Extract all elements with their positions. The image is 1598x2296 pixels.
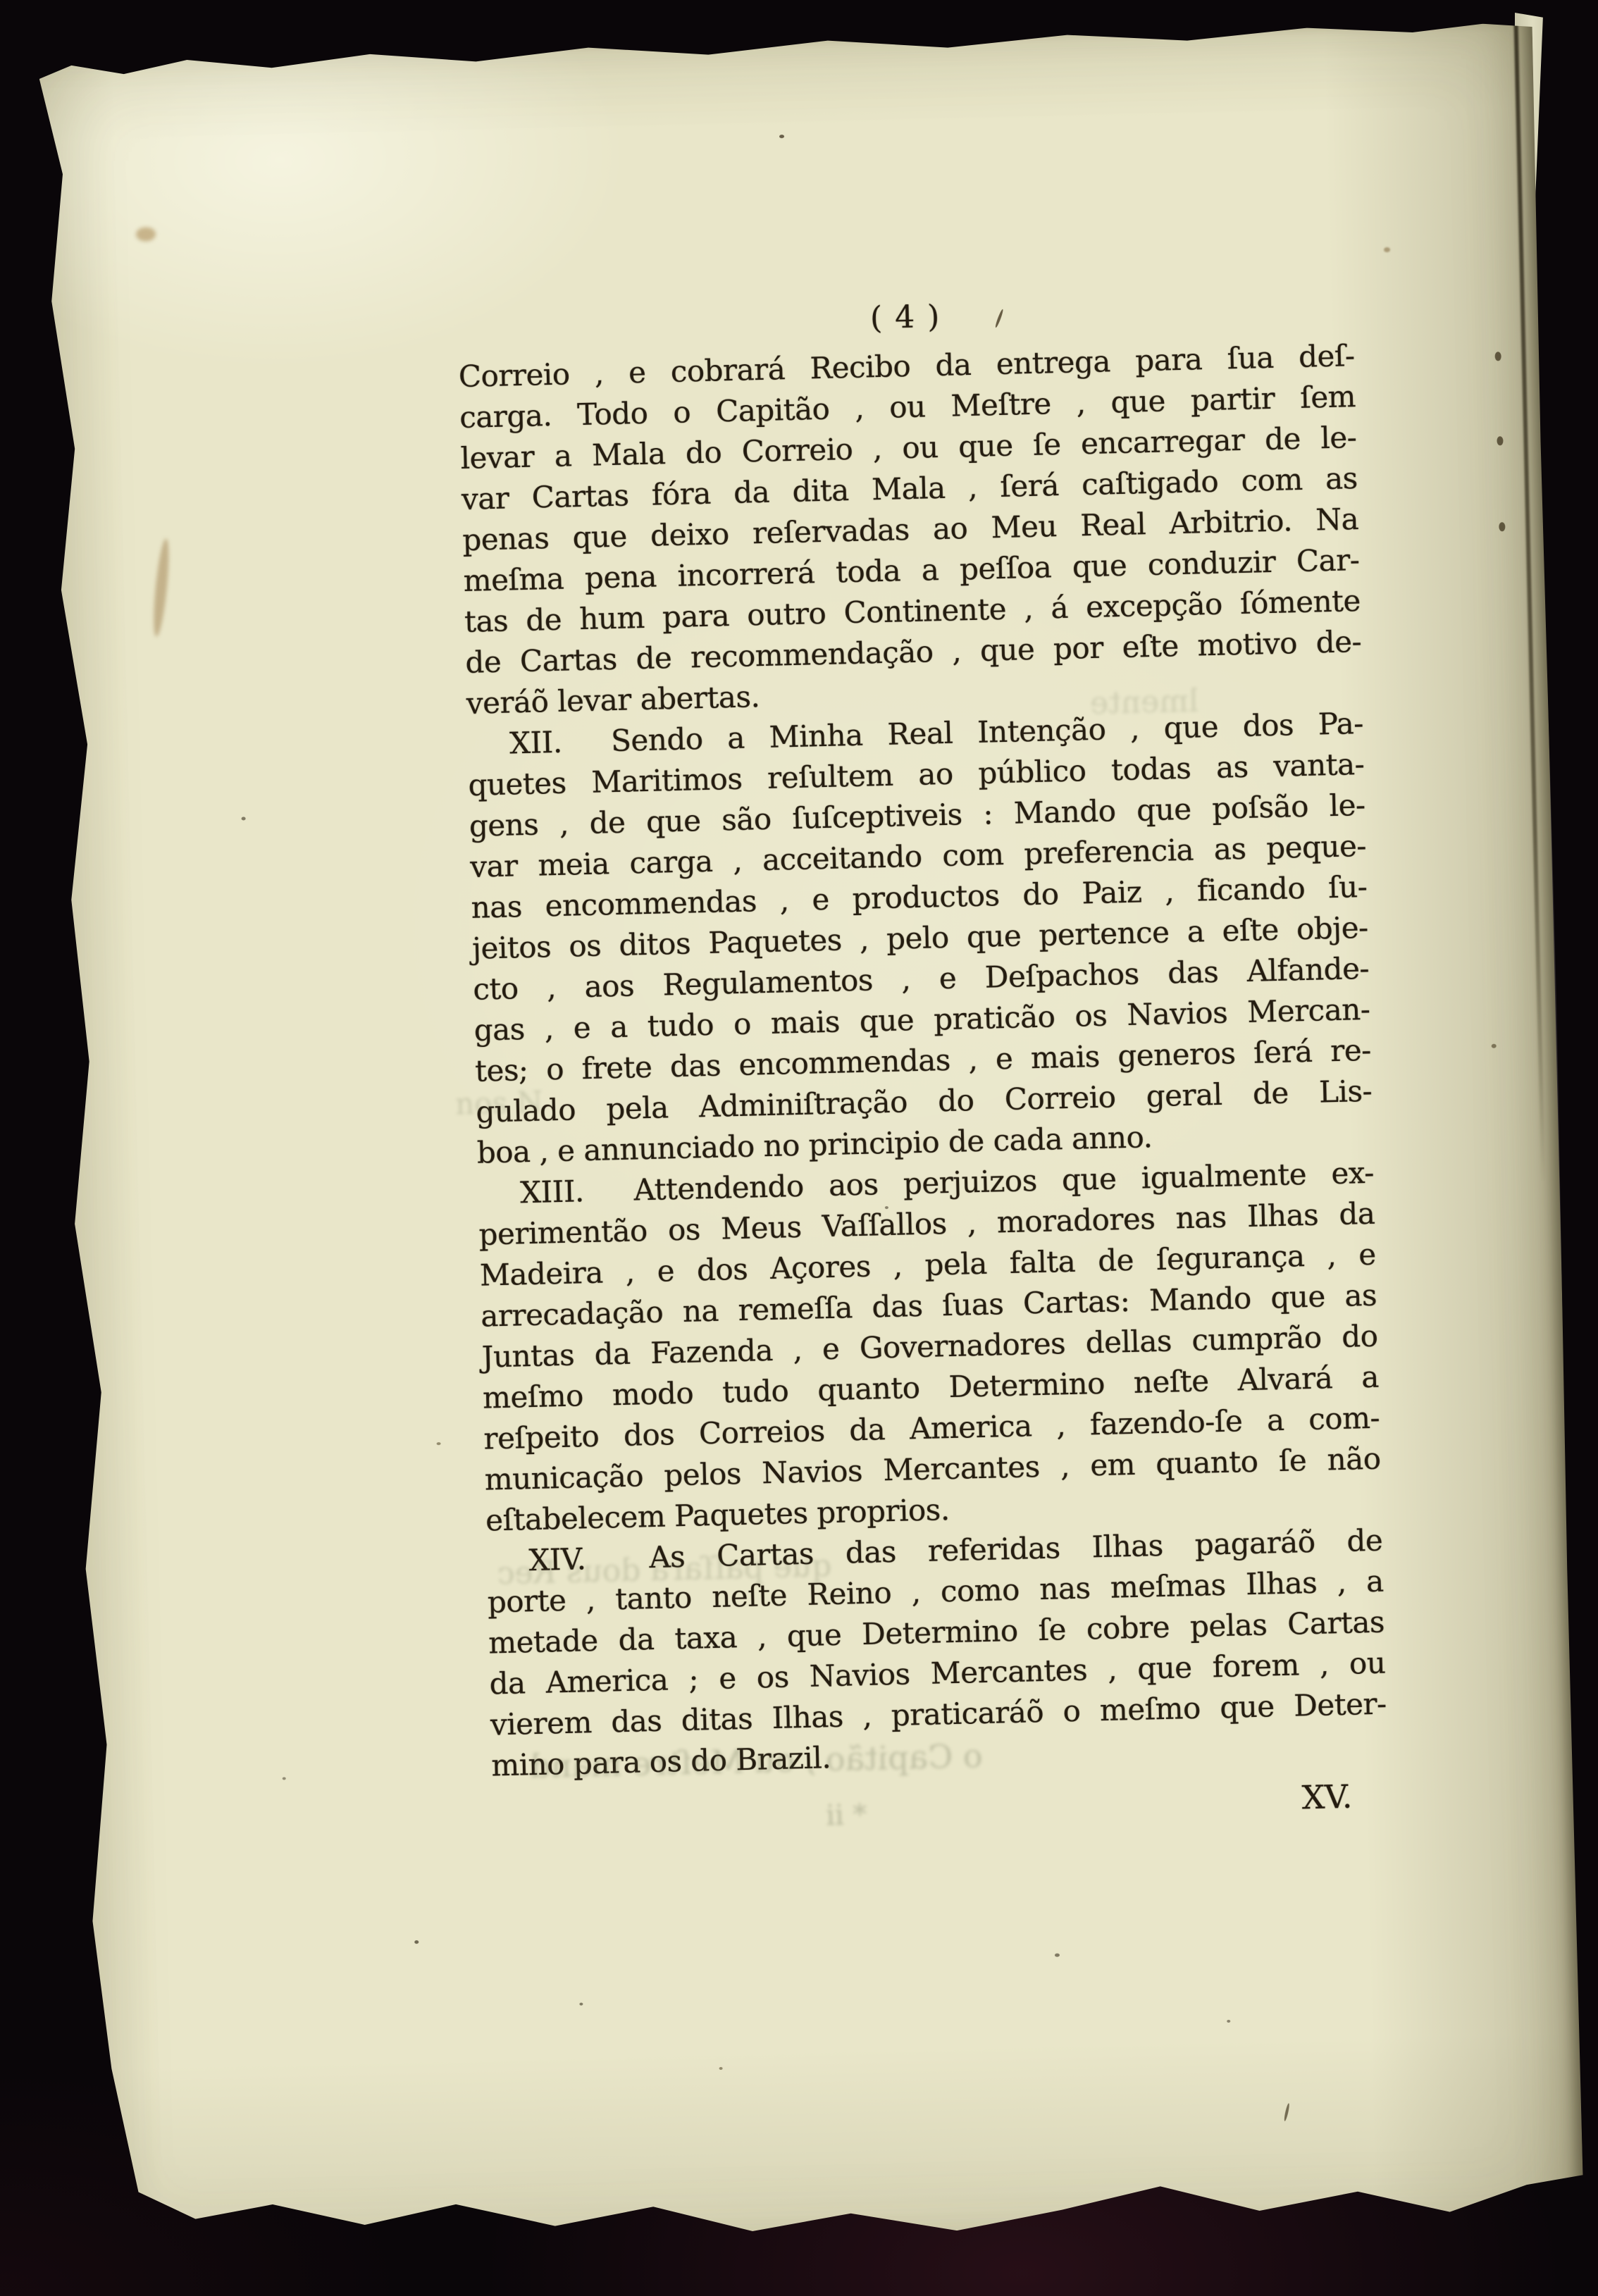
foxing-speck	[1384, 247, 1390, 252]
foxing-speck	[1283, 2103, 1290, 2121]
foxing-speck	[414, 1940, 419, 1944]
catchword: XV.	[492, 1775, 1389, 1837]
foxing-speck	[579, 2003, 583, 2006]
sewing-hole	[1497, 436, 1503, 445]
foxing-speck	[1227, 2020, 1230, 2023]
foxing-speck	[283, 1777, 286, 1780]
text-block: ( 4 ) Correio , e cobrará Recibo da entr…	[457, 286, 1389, 1837]
foxing-speck	[719, 2067, 723, 2070]
sewing-hole	[1499, 522, 1505, 531]
foxing-speck	[1055, 1954, 1060, 1957]
foxing-speck	[136, 227, 156, 242]
foxing-speck	[242, 817, 246, 820]
foxing-speck	[151, 538, 172, 638]
gutter-fold-shadow	[1513, 20, 1545, 1183]
foxing-speck	[1492, 1044, 1497, 1048]
sewing-hole	[1495, 352, 1501, 361]
photo-stage: ( 4 ) Correio , e cobrará Recibo da entr…	[0, 0, 1598, 2296]
foxing-speck	[437, 1442, 441, 1445]
foxing-speck	[779, 135, 784, 138]
document-page: ( 4 ) Correio , e cobrará Recibo da entr…	[39, 20, 1584, 2266]
